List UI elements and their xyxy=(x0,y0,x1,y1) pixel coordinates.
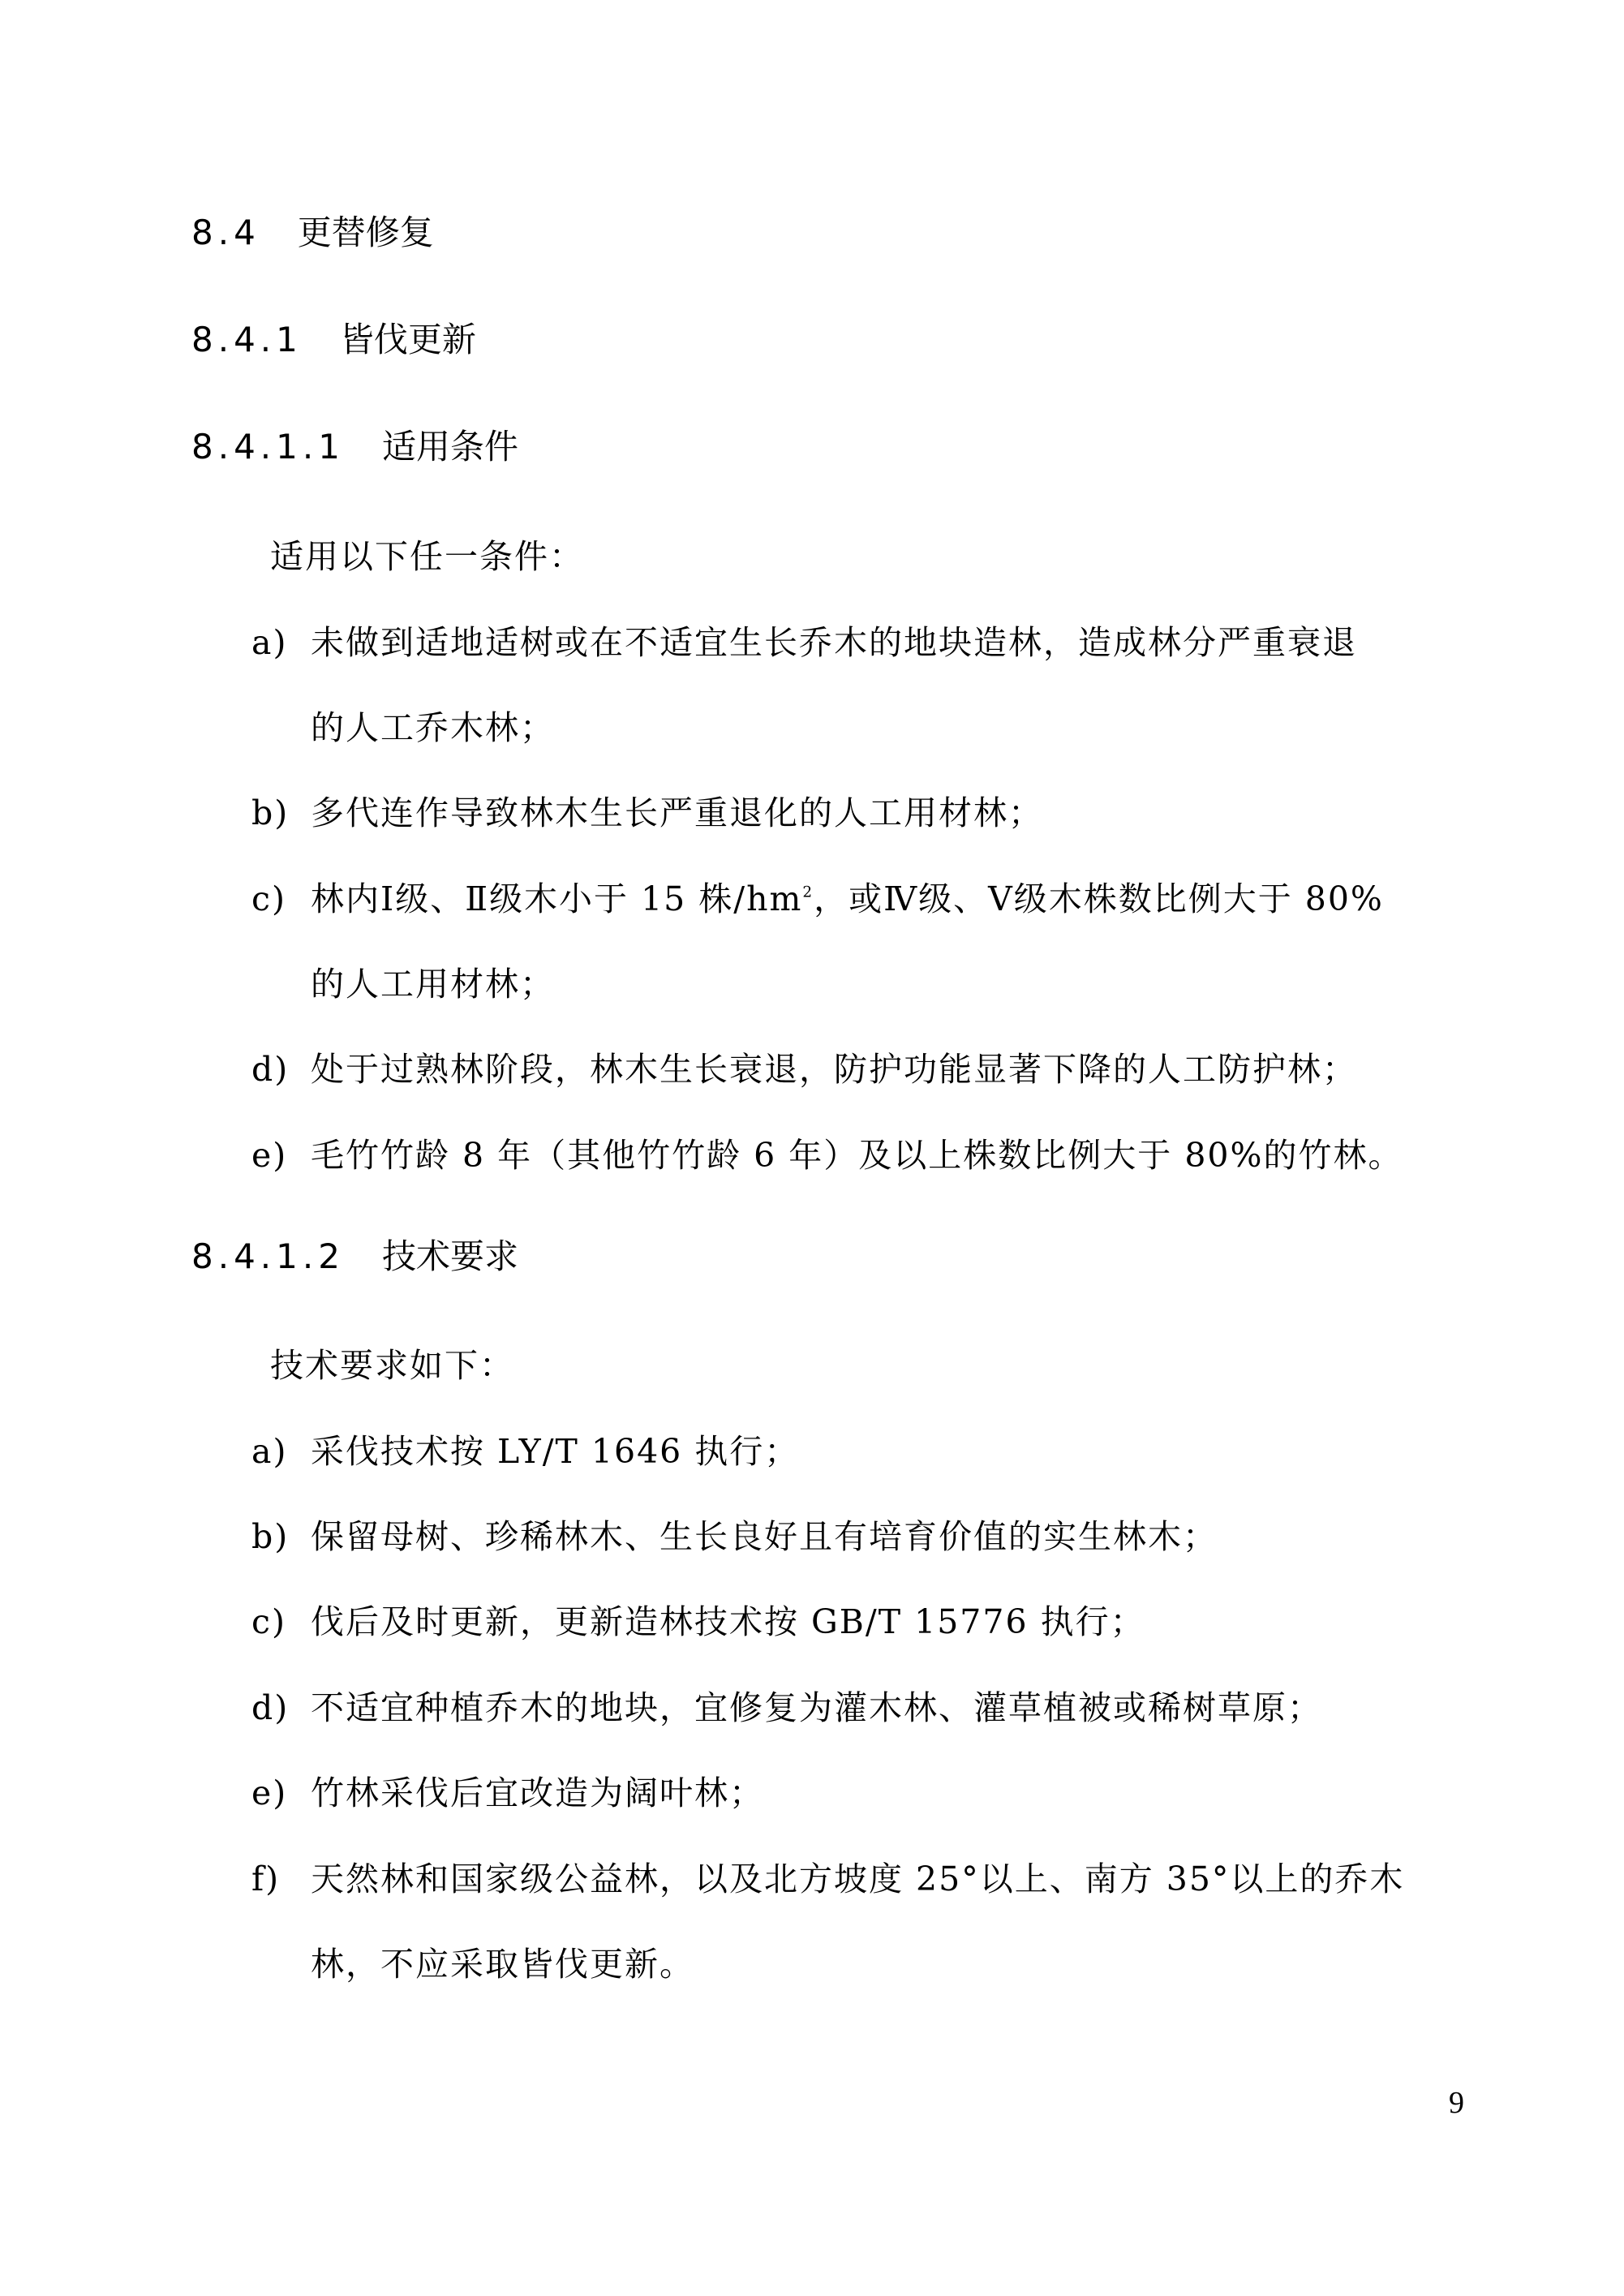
list-marker: d) xyxy=(251,1053,289,1086)
list-item-text: 竹林采伐后宜改造为阔叶林； xyxy=(311,1777,764,1810)
list-item-text: 保留母树、珍稀林木、生长良好且有培育价值的实生林木； xyxy=(311,1520,1218,1554)
list-item-text: 的人工乔木林； xyxy=(311,712,555,745)
section-number: 8.4 xyxy=(191,216,260,250)
list-marker: c) xyxy=(251,883,286,916)
section-title: 适用条件 xyxy=(382,427,518,467)
list-marker: f) xyxy=(251,1863,280,1896)
list-marker: d) xyxy=(251,1692,289,1725)
section-number: 8.4.1.2 xyxy=(191,1240,345,1274)
list-item-text: 林内Ⅰ级、Ⅱ级木小于 15 株/hm2，或Ⅳ级、Ⅴ级木株数比例大于 80% xyxy=(311,883,1384,916)
page-number: 9 xyxy=(1449,2085,1464,2121)
list-marker: a) xyxy=(251,626,287,660)
section-title: 更替修复 xyxy=(298,213,434,252)
list-marker: c) xyxy=(251,1606,286,1639)
list-item-text: 采伐技术按 LY/T 1646 执行； xyxy=(311,1435,799,1468)
list-item-text: 不适宜种植乔木的地块，宜修复为灌木林、灌草植被或稀树草原； xyxy=(311,1692,1322,1725)
requirements-intro: 技术要求如下： xyxy=(270,1349,514,1382)
section-heading-8-4-1-1: 8.4.1.1适用条件 xyxy=(191,430,518,464)
superscript: 2 xyxy=(802,884,814,901)
list-item-text: 多代连作导致林木生长严重退化的人工用材林； xyxy=(311,797,1043,830)
list-item-text: 处于过熟林阶段，林木生长衰退，防护功能显著下降的人工防护林； xyxy=(311,1053,1357,1086)
section-heading-8-4-1-2: 8.4.1.2技术要求 xyxy=(191,1240,518,1274)
list-marker: b) xyxy=(251,1520,289,1554)
list-item-text: 伐后及时更新，更新造林技术按 GB/T 15776 执行； xyxy=(311,1606,1145,1639)
list-marker: e) xyxy=(251,1777,287,1810)
conditions-intro: 适用以下任一条件： xyxy=(270,540,584,574)
list-marker: e) xyxy=(251,1139,287,1172)
text-fragment: ，或Ⅳ级、Ⅴ级木株数比例大于 80% xyxy=(814,879,1384,918)
list-marker: a) xyxy=(251,1435,287,1468)
section-heading-8-4-1: 8.4.1皆伐更新 xyxy=(191,323,476,357)
section-title: 技术要求 xyxy=(382,1236,518,1276)
list-item-text: 毛竹竹龄 8 年（其他竹竹龄 6 年）及以上株数比例大于 80%的竹林。 xyxy=(311,1139,1403,1172)
list-item-text: 天然林和国家级公益林，以及北方坡度 25°以上、南方 35°以上的乔木 xyxy=(311,1863,1404,1896)
section-number: 8.4.1 xyxy=(191,323,303,357)
section-heading-8-4: 8.4更替修复 xyxy=(191,216,434,250)
section-number: 8.4.1.1 xyxy=(191,430,345,464)
document-page: 8.4更替修复 8.4.1皆伐更新 8.4.1.1适用条件 适用以下任一条件： … xyxy=(0,0,1624,2296)
list-marker: b) xyxy=(251,797,289,830)
list-item-text: 的人工用材林； xyxy=(311,968,555,1001)
list-item-text: 未做到适地适树或在不适宜生长乔木的地块造林，造成林分严重衰退 xyxy=(311,626,1357,660)
list-item-text: 林，不应采取皆伐更新。 xyxy=(311,1948,694,1981)
text-fragment: 林内Ⅰ级、Ⅱ级木小于 15 株/hm xyxy=(311,879,802,918)
section-title: 皆伐更新 xyxy=(340,320,476,359)
